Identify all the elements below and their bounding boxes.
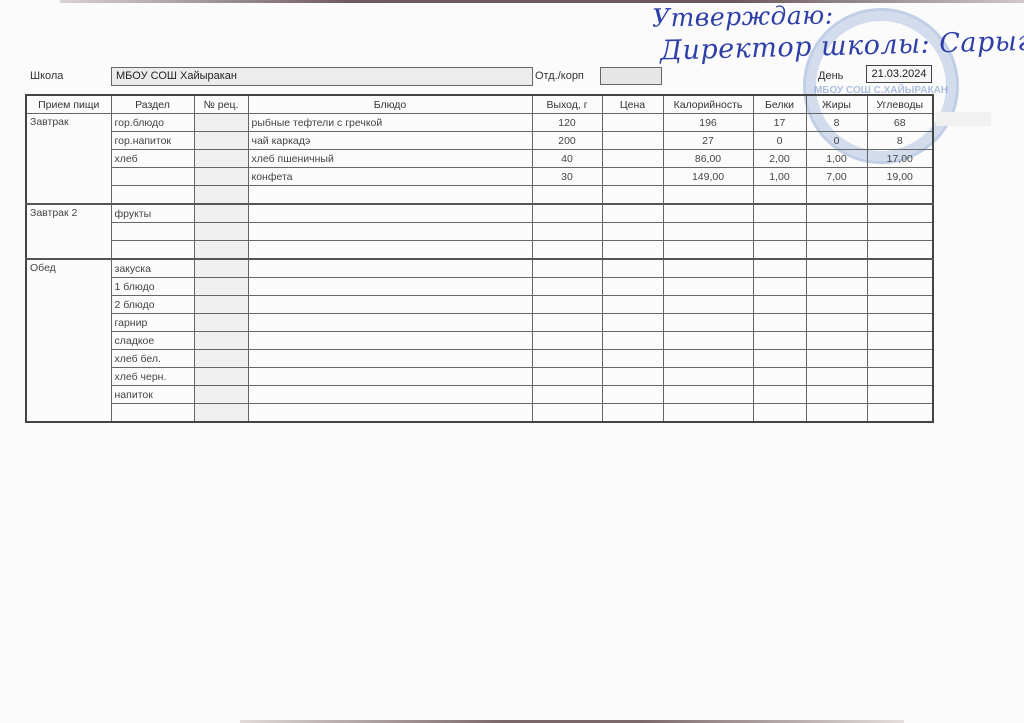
fat-cell[interactable] — [806, 241, 867, 260]
calories-cell[interactable]: 86,00 — [663, 150, 753, 168]
dish-cell[interactable] — [248, 404, 532, 423]
protein-cell[interactable] — [753, 404, 806, 423]
section-cell[interactable] — [111, 241, 194, 260]
table-row: гарнир — [26, 314, 933, 332]
calories-cell[interactable]: 196 — [663, 114, 753, 132]
dish-cell[interactable]: хлеб пшеничный — [248, 150, 532, 168]
column-header: Белки — [753, 95, 806, 114]
section-cell[interactable]: гарнир — [111, 314, 194, 332]
price-cell[interactable] — [602, 186, 663, 205]
output-cell[interactable] — [532, 332, 602, 350]
dish-cell[interactable] — [248, 204, 532, 223]
fat-cell[interactable] — [806, 259, 867, 278]
protein-cell[interactable] — [753, 368, 806, 386]
protein-cell[interactable]: 17 — [753, 114, 806, 132]
protein-cell[interactable] — [753, 186, 806, 205]
school-field[interactable]: МБОУ СОШ Хайыракан — [111, 67, 533, 86]
fat-cell[interactable] — [806, 186, 867, 205]
section-cell[interactable] — [111, 404, 194, 423]
price-cell[interactable] — [602, 259, 663, 278]
protein-cell[interactable] — [753, 204, 806, 223]
section-cell[interactable]: хлеб черн. — [111, 368, 194, 386]
output-cell[interactable] — [532, 278, 602, 296]
recipe-cell[interactable] — [194, 241, 248, 260]
price-cell[interactable] — [602, 350, 663, 368]
fat-cell[interactable] — [806, 204, 867, 223]
section-cell[interactable] — [111, 168, 194, 186]
recipe-cell[interactable] — [194, 404, 248, 423]
price-cell[interactable] — [602, 114, 663, 132]
output-cell[interactable] — [532, 204, 602, 223]
protein-cell[interactable] — [753, 296, 806, 314]
price-cell[interactable] — [602, 204, 663, 223]
table-row: Обедзакуска — [26, 259, 933, 278]
carbs-cell[interactable] — [867, 278, 933, 296]
section-cell[interactable] — [111, 186, 194, 205]
fat-cell[interactable] — [806, 368, 867, 386]
column-header: Выход, г — [532, 95, 602, 114]
branch-label: Отд./корп — [535, 70, 584, 82]
price-cell[interactable] — [602, 368, 663, 386]
carbs-cell[interactable] — [867, 386, 933, 404]
table-row: Завтрак 2фрукты — [26, 204, 933, 223]
carbs-cell[interactable] — [867, 404, 933, 423]
calories-cell[interactable]: 27 — [663, 132, 753, 150]
output-cell[interactable] — [532, 314, 602, 332]
dish-cell[interactable] — [248, 350, 532, 368]
fat-cell[interactable]: 0 — [806, 132, 867, 150]
output-cell[interactable]: 120 — [532, 114, 602, 132]
calories-cell[interactable] — [663, 314, 753, 332]
price-cell[interactable] — [602, 386, 663, 404]
fat-cell[interactable] — [806, 314, 867, 332]
fat-cell[interactable] — [806, 386, 867, 404]
fat-cell[interactable] — [806, 223, 867, 241]
output-cell[interactable]: 30 — [532, 168, 602, 186]
protein-cell[interactable] — [753, 241, 806, 260]
dish-cell[interactable] — [248, 332, 532, 350]
meal-cell: Завтрак 2 — [26, 204, 111, 259]
section-cell[interactable]: сладкое — [111, 332, 194, 350]
column-header: Жиры — [806, 95, 867, 114]
table-row — [26, 186, 933, 205]
fat-cell[interactable] — [806, 278, 867, 296]
column-header: Углеводы — [867, 95, 933, 114]
recipe-cell[interactable] — [194, 386, 248, 404]
table-row: сладкое — [26, 332, 933, 350]
table-row: хлебхлеб пшеничный4086,002,001,0017,00 — [26, 150, 933, 168]
price-cell[interactable] — [602, 132, 663, 150]
price-cell[interactable] — [602, 404, 663, 423]
dish-cell[interactable] — [248, 259, 532, 278]
recipe-cell[interactable] — [194, 204, 248, 223]
output-cell[interactable] — [532, 223, 602, 241]
carbs-cell[interactable]: 19,00 — [867, 168, 933, 186]
dish-cell[interactable]: рыбные тефтели с гречкой — [248, 114, 532, 132]
table-row: хлеб черн. — [26, 368, 933, 386]
output-cell[interactable] — [532, 259, 602, 278]
recipe-cell[interactable] — [194, 368, 248, 386]
output-cell[interactable] — [532, 368, 602, 386]
calories-cell[interactable] — [663, 350, 753, 368]
protein-cell[interactable] — [753, 350, 806, 368]
fat-cell[interactable]: 7,00 — [806, 168, 867, 186]
recipe-cell[interactable] — [194, 332, 248, 350]
recipe-cell[interactable] — [194, 314, 248, 332]
carbs-cell[interactable] — [867, 314, 933, 332]
calories-cell[interactable] — [663, 332, 753, 350]
recipe-cell[interactable] — [194, 114, 248, 132]
recipe-cell[interactable] — [194, 168, 248, 186]
recipe-cell[interactable] — [194, 132, 248, 150]
protein-cell[interactable] — [753, 278, 806, 296]
output-cell[interactable] — [532, 296, 602, 314]
table-row: гор.напитокчай каркадэ20027008 — [26, 132, 933, 150]
price-cell[interactable] — [602, 278, 663, 296]
output-cell[interactable] — [532, 241, 602, 260]
table-row — [26, 404, 933, 423]
carbs-cell[interactable] — [867, 296, 933, 314]
protein-cell[interactable] — [753, 259, 806, 278]
carbs-cell[interactable]: 17,00 — [867, 150, 933, 168]
protein-cell[interactable] — [753, 386, 806, 404]
price-cell[interactable] — [602, 223, 663, 241]
recipe-cell[interactable] — [194, 150, 248, 168]
fat-cell[interactable]: 1,00 — [806, 150, 867, 168]
calories-cell[interactable] — [663, 204, 753, 223]
output-cell[interactable] — [532, 386, 602, 404]
branch-field[interactable] — [600, 67, 662, 85]
calories-cell[interactable] — [663, 259, 753, 278]
recipe-cell[interactable] — [194, 296, 248, 314]
output-cell[interactable] — [532, 186, 602, 205]
price-cell[interactable] — [602, 168, 663, 186]
column-header: Цена — [602, 95, 663, 114]
column-header: Прием пищи — [26, 95, 111, 114]
section-cell[interactable]: фрукты — [111, 204, 194, 223]
fat-cell[interactable] — [806, 296, 867, 314]
carbs-cell[interactable] — [867, 259, 933, 278]
dish-cell[interactable]: конфета — [248, 168, 532, 186]
protein-cell[interactable] — [753, 223, 806, 241]
dish-cell[interactable]: чай каркадэ — [248, 132, 532, 150]
calories-cell[interactable] — [663, 278, 753, 296]
column-header: Раздел — [111, 95, 194, 114]
section-cell[interactable]: напиток — [111, 386, 194, 404]
section-cell[interactable]: хлеб бел. — [111, 350, 194, 368]
dish-cell[interactable] — [248, 223, 532, 241]
recipe-cell[interactable] — [194, 223, 248, 241]
section-cell[interactable]: 1 блюдо — [111, 278, 194, 296]
protein-cell[interactable] — [753, 332, 806, 350]
section-cell[interactable] — [111, 223, 194, 241]
table-row: конфета30149,001,007,0019,00 — [26, 168, 933, 186]
carbs-cell[interactable] — [867, 332, 933, 350]
calories-cell[interactable] — [663, 241, 753, 260]
output-cell[interactable] — [532, 350, 602, 368]
section-cell[interactable]: хлеб — [111, 150, 194, 168]
fat-cell[interactable] — [806, 332, 867, 350]
protein-cell[interactable]: 1,00 — [753, 168, 806, 186]
calories-cell[interactable] — [663, 386, 753, 404]
fat-cell[interactable]: 8 — [806, 114, 867, 132]
fat-cell[interactable] — [806, 350, 867, 368]
table-row: хлеб бел. — [26, 350, 933, 368]
dish-cell[interactable] — [248, 368, 532, 386]
day-label: День — [818, 70, 843, 82]
carbs-cell[interactable] — [867, 350, 933, 368]
calories-cell[interactable] — [663, 223, 753, 241]
school-label: Школа — [30, 70, 63, 82]
dish-cell[interactable] — [248, 278, 532, 296]
table-row: 2 блюдо — [26, 296, 933, 314]
table-row: Завтракгор.блюдорыбные тефтели с гречкой… — [26, 114, 933, 132]
scan-shadow — [936, 112, 991, 126]
price-cell[interactable] — [602, 150, 663, 168]
output-cell[interactable] — [532, 404, 602, 423]
section-cell[interactable]: гор.блюдо — [111, 114, 194, 132]
calories-cell[interactable] — [663, 186, 753, 205]
column-header: № рец. — [194, 95, 248, 114]
meal-cell: Завтрак — [26, 114, 111, 205]
day-field[interactable]: 21.03.2024 — [866, 65, 932, 83]
price-cell[interactable] — [602, 332, 663, 350]
carbs-cell[interactable] — [867, 241, 933, 260]
table-header-row: Прием пищиРаздел№ рец.БлюдоВыход, гЦенаК… — [26, 95, 933, 114]
carbs-cell[interactable]: 68 — [867, 114, 933, 132]
section-cell[interactable]: закуска — [111, 259, 194, 278]
section-cell[interactable]: гор.напиток — [111, 132, 194, 150]
calories-cell[interactable] — [663, 404, 753, 423]
dish-cell[interactable] — [248, 241, 532, 260]
calories-cell[interactable]: 149,00 — [663, 168, 753, 186]
protein-cell[interactable]: 2,00 — [753, 150, 806, 168]
price-cell[interactable] — [602, 296, 663, 314]
protein-cell[interactable]: 0 — [753, 132, 806, 150]
section-cell[interactable]: 2 блюдо — [111, 296, 194, 314]
column-header: Калорийность — [663, 95, 753, 114]
meal-cell: Обед — [26, 259, 111, 422]
dish-cell[interactable] — [248, 314, 532, 332]
recipe-cell[interactable] — [194, 186, 248, 205]
table-row — [26, 241, 933, 260]
fat-cell[interactable] — [806, 404, 867, 423]
column-header: Блюдо — [248, 95, 532, 114]
dish-cell[interactable] — [248, 186, 532, 205]
menu-table: Прием пищиРаздел№ рец.БлюдоВыход, гЦенаК… — [25, 94, 934, 423]
dish-cell[interactable] — [248, 386, 532, 404]
recipe-cell[interactable] — [194, 350, 248, 368]
carbs-cell[interactable] — [867, 204, 933, 223]
calories-cell[interactable] — [663, 368, 753, 386]
price-cell[interactable] — [602, 241, 663, 260]
table-row: напиток — [26, 386, 933, 404]
carbs-cell[interactable]: 8 — [867, 132, 933, 150]
approval-heading: Утверждаю: — [652, 0, 834, 32]
protein-cell[interactable] — [753, 314, 806, 332]
carbs-cell[interactable] — [867, 223, 933, 241]
table-row — [26, 223, 933, 241]
recipe-cell[interactable] — [194, 259, 248, 278]
calories-cell[interactable] — [663, 296, 753, 314]
carbs-cell[interactable] — [867, 186, 933, 205]
photo-edge-top — [60, 0, 1024, 3]
output-cell[interactable]: 40 — [532, 150, 602, 168]
recipe-cell[interactable] — [194, 278, 248, 296]
output-cell[interactable]: 200 — [532, 132, 602, 150]
dish-cell[interactable] — [248, 296, 532, 314]
table-row: 1 блюдо — [26, 278, 933, 296]
carbs-cell[interactable] — [867, 368, 933, 386]
price-cell[interactable] — [602, 314, 663, 332]
